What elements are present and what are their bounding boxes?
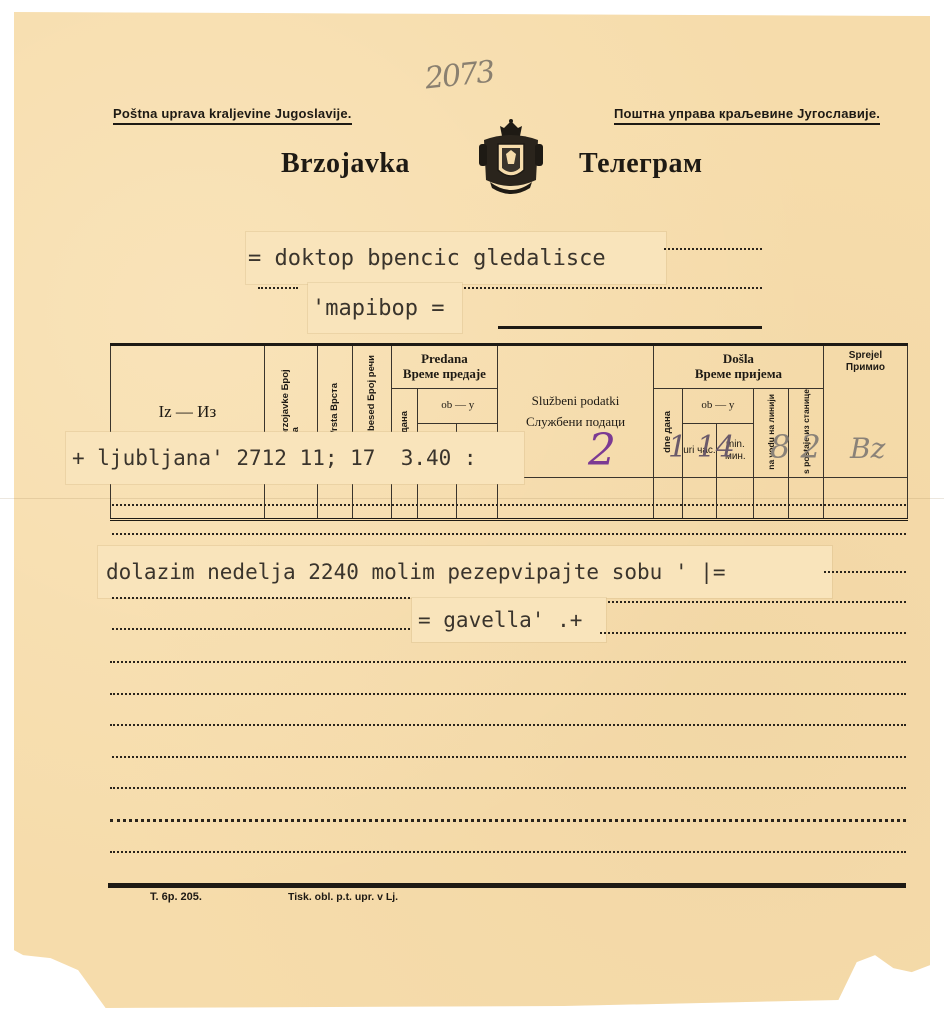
message-rule-5 [600,601,906,603]
handwritten-arrival-time: 1 14 [668,430,735,465]
message-line-2: = gavella' .+ [418,608,582,632]
handwritten-station-marks: 8 2 [770,428,821,466]
pencil-annotation: 2073 [423,55,495,97]
message-rule-11 [112,756,906,758]
printer-note: Tisk. obl. p.t. upr. v Lj. [288,891,398,903]
administration-cyrillic: Поштна управа краљевине Југославије. [614,106,880,125]
message-strip-2: = gavella' .+ [412,598,606,642]
message-rule-3 [824,571,906,573]
message-rule-10 [110,724,906,726]
administration-latin: Poštna uprava kraljevine Jugoslavije. [113,106,352,125]
address-rule-4 [498,326,762,329]
message-rule-12 [110,787,906,789]
origin-strip: + ljubljana' 2712 11; 17 3.40 : [66,432,524,484]
message-rule-4 [112,597,410,599]
addressee-strip-1: = doktop bpencic gledalisce [246,232,666,284]
message-rule-8 [110,661,906,663]
royal-coat-of-arms-icon [476,118,546,198]
message-rule-7 [600,632,906,634]
message-rule-14 [110,851,906,853]
title-latin: Brzojavka [281,148,410,180]
message-rule-1 [112,504,906,506]
message-rule-13 [110,819,906,822]
address-rule-2 [258,287,298,289]
message-strip-1: dolazim nedelja 2240 molim pezepvipajte … [98,546,832,598]
handwritten-official-mark: 2 [588,425,616,476]
title-cyrillic: Телеграм [579,148,703,180]
addressee-strip-2: 'mapibop = [308,283,462,333]
addressee-line-1: = doktop bpencic gledalisce [248,246,606,271]
col-submitted: Predana Време предаје [391,345,498,389]
form-number: T. 6p. 205. [150,891,202,903]
address-rule-1 [664,248,762,250]
message-rule-6 [112,628,410,630]
addressee-line-2: 'mapibop = [312,296,444,321]
message-rule-9 [110,693,906,695]
message-line-1: dolazim nedelja 2240 molim pezepvipajte … [106,560,726,584]
origin-line: + ljubljana' 2712 11; 17 3.40 : [72,446,477,470]
col-submitted-at: ob — y [418,389,498,424]
message-rule-2 [112,533,906,535]
footer-rule [108,883,906,888]
col-arrived: Došla Време пријема [653,345,823,389]
col-arrived-at: ob — y [682,389,754,424]
handwritten-receiver-initials: Bz [850,432,885,465]
address-rule-3 [456,287,762,289]
